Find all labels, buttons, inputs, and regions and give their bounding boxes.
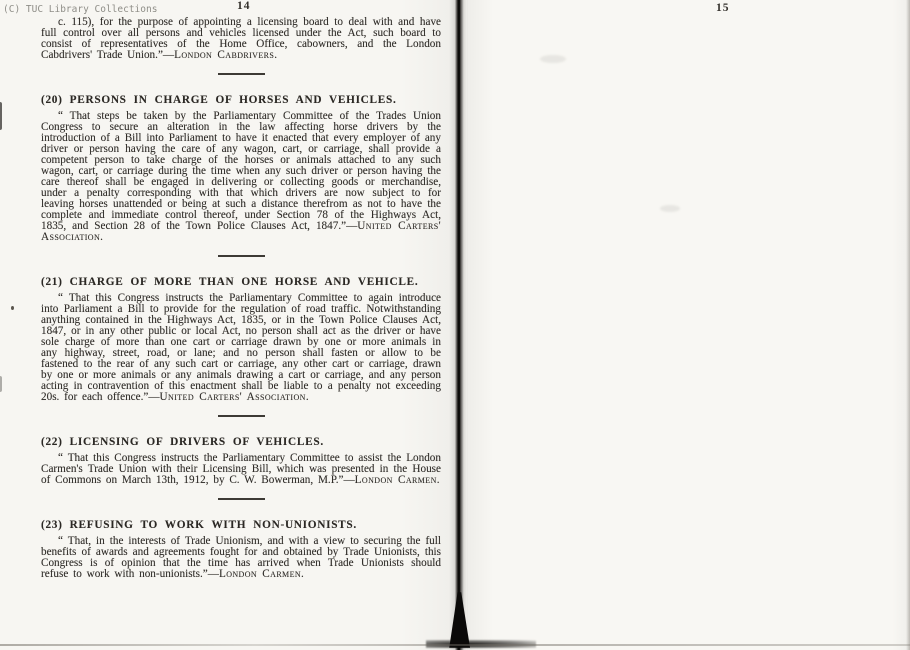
paragraph-section-20: “ That steps be taken by the Parliamenta… — [41, 111, 441, 243]
section-title: CHARGE OF MORE THAN ONE HORSE AND VEHICL… — [70, 276, 419, 288]
section-title: LICENSING OF DRIVERS OF VEHICLES. — [70, 436, 324, 448]
page-right: 15 — [467, 0, 910, 650]
scan-edge-mark — [0, 376, 2, 392]
attribution: London Carmen. — [355, 474, 440, 486]
section-divider — [218, 415, 265, 417]
text-block: c. 115), for the purpose of appointing a… — [41, 17, 441, 580]
section-heading-23: (23) REFUSING TO WORK WITH NON-UNIONISTS… — [41, 519, 441, 531]
attribution: London Cabdrivers. — [174, 49, 277, 61]
print-speck — [11, 306, 14, 310]
section-number: (23) — [41, 519, 63, 531]
section-heading-20: (20) PERSONS IN CHARGE OF HORSES AND VEH… — [41, 94, 441, 106]
paragraph-text: “ That this Congress instructs the Parli… — [41, 292, 441, 403]
page-left: 14 c. 115), for the purpose of appointin… — [0, 0, 455, 650]
section-number: (22) — [41, 436, 63, 448]
section-title: REFUSING TO WORK WITH NON-UNIONISTS. — [70, 519, 357, 531]
section-number: (20) — [41, 94, 63, 106]
section-number: (21) — [41, 276, 63, 288]
attribution: United Carters' Association. — [160, 391, 309, 403]
book-spine-shadow — [449, 0, 468, 650]
scan-edge-mark — [0, 102, 2, 130]
section-heading-21: (21) CHARGE OF MORE THAN ONE HORSE AND V… — [41, 276, 441, 288]
scan-right-edge — [906, 0, 910, 650]
paragraph-intro: c. 115), for the purpose of appointing a… — [41, 17, 441, 61]
paragraph-section-21: “ That this Congress instructs the Parli… — [41, 293, 441, 403]
section-divider — [218, 73, 265, 75]
paragraph-text: “ That steps be taken by the Parliamenta… — [41, 110, 441, 232]
section-divider — [218, 255, 265, 257]
section-heading-22: (22) LICENSING OF DRIVERS OF VEHICLES. — [41, 436, 441, 448]
section-divider — [218, 498, 265, 500]
paragraph-section-23: “ That, in the interests of Trade Unioni… — [41, 536, 441, 580]
watermark: (C) TUC Library Collections — [3, 4, 157, 15]
section-title: PERSONS IN CHARGE OF HORSES AND VEHICLES… — [70, 94, 397, 106]
scan-smudge — [540, 55, 566, 63]
page-number-left: 14 — [237, 0, 251, 12]
page-bottom-edge — [0, 644, 910, 646]
paragraph-section-22: “ That this Congress instructs the Parli… — [41, 453, 441, 486]
page-number-right: 15 — [716, 2, 730, 14]
scanned-book-spread: 14 c. 115), for the purpose of appointin… — [0, 0, 910, 650]
attribution: London Carmen. — [219, 568, 304, 580]
scan-smudge — [660, 205, 680, 212]
